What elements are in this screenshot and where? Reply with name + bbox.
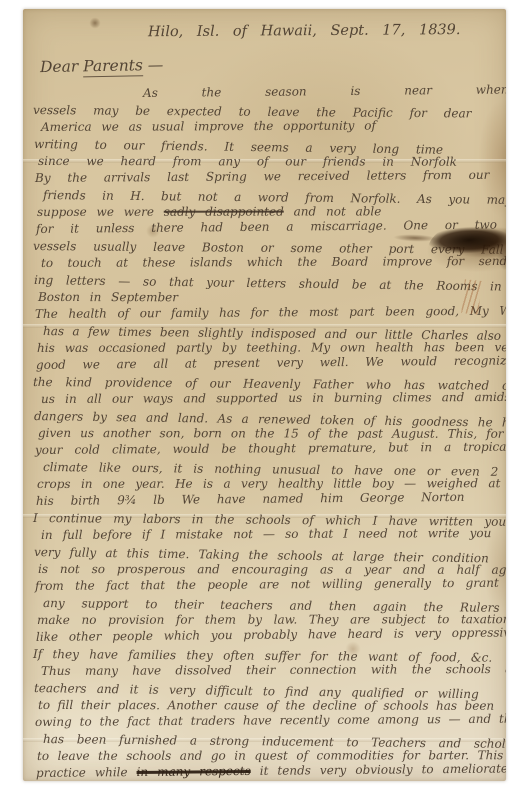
letter-text: —: [143, 56, 164, 74]
letter-line: As the season is near when: [143, 82, 495, 102]
letter-line: The health of our family has for the mos…: [35, 303, 495, 323]
letter-text: good we are all at present very well. We…: [36, 353, 506, 372]
letter-text: your cold climate, would be thought prem…: [35, 440, 506, 457]
letter-text: Thus many have dissolved their connectio…: [41, 662, 506, 678]
letter-line: practice while in many respects it tends…: [36, 761, 495, 781]
letter-text: like other people which you probably hav…: [36, 625, 506, 644]
struck-text: sadly disappointed: [164, 205, 284, 219]
letter-line: in full before if I mistake not — so tha…: [41, 525, 495, 544]
letter-line: By the arrivals last Spring we received …: [35, 167, 495, 187]
letter-page: Hilo, Isl. of Hawaii, Sept. 17, 1839. De…: [23, 9, 506, 781]
letter-line: owing to the fact that traders have rece…: [35, 711, 495, 731]
letter-text: us in all our ways and supported us in b…: [41, 390, 506, 406]
letter-text: his birth 9¾ lb We have named him George…: [36, 490, 465, 508]
letter-body: As the season is near whenvessels may be…: [33, 85, 495, 781]
letter-dateline: Hilo, Isl. of Hawaii, Sept. 17, 1839.: [148, 22, 498, 40]
letter-text: owing to the fact that traders have rece…: [35, 712, 506, 729]
letter-salutation: Dear Parents —: [40, 56, 164, 76]
letter-text: from the fact that the people are not wi…: [35, 576, 499, 593]
letter-text: it tends very obviously to ameliorate: [251, 761, 506, 777]
letter-line: us in all our ways and supported us in b…: [41, 389, 495, 408]
letter-line: his birth 9¾ lb We have named him George…: [36, 489, 495, 510]
underline-text: Parents: [83, 56, 143, 77]
struck-heavy-text: in many respects: [137, 764, 251, 779]
letter-text: suppose we were: [37, 205, 164, 219]
letter-line: good we are all at present very well. We…: [36, 353, 495, 374]
letter-line: Thus many have dissolved their connectio…: [41, 661, 495, 680]
letter-text: By the arrivals last Spring we received …: [35, 168, 489, 185]
red-scratch-mark: [461, 279, 481, 315]
letter-text: in full before if I mistake not — so tha…: [41, 526, 491, 542]
letter-line: like other people which you probably hav…: [36, 625, 495, 646]
letter-text: America we as usual improve the opportun…: [41, 119, 376, 134]
letter-text: As the season is near when: [143, 82, 506, 100]
letter-text: practice while: [36, 765, 137, 780]
letter-text: and not able: [284, 204, 382, 218]
letter-line: from the fact that the people are not wi…: [35, 575, 495, 595]
letter-text: Boston in September: [38, 290, 178, 304]
letter-text: The health of our family has for the mos…: [35, 304, 506, 321]
letter-line: America we as usual improve the opportun…: [41, 117, 495, 136]
letter-line: your cold climate, would be thought prem…: [35, 439, 495, 459]
letter-text: Dear: [40, 57, 83, 76]
